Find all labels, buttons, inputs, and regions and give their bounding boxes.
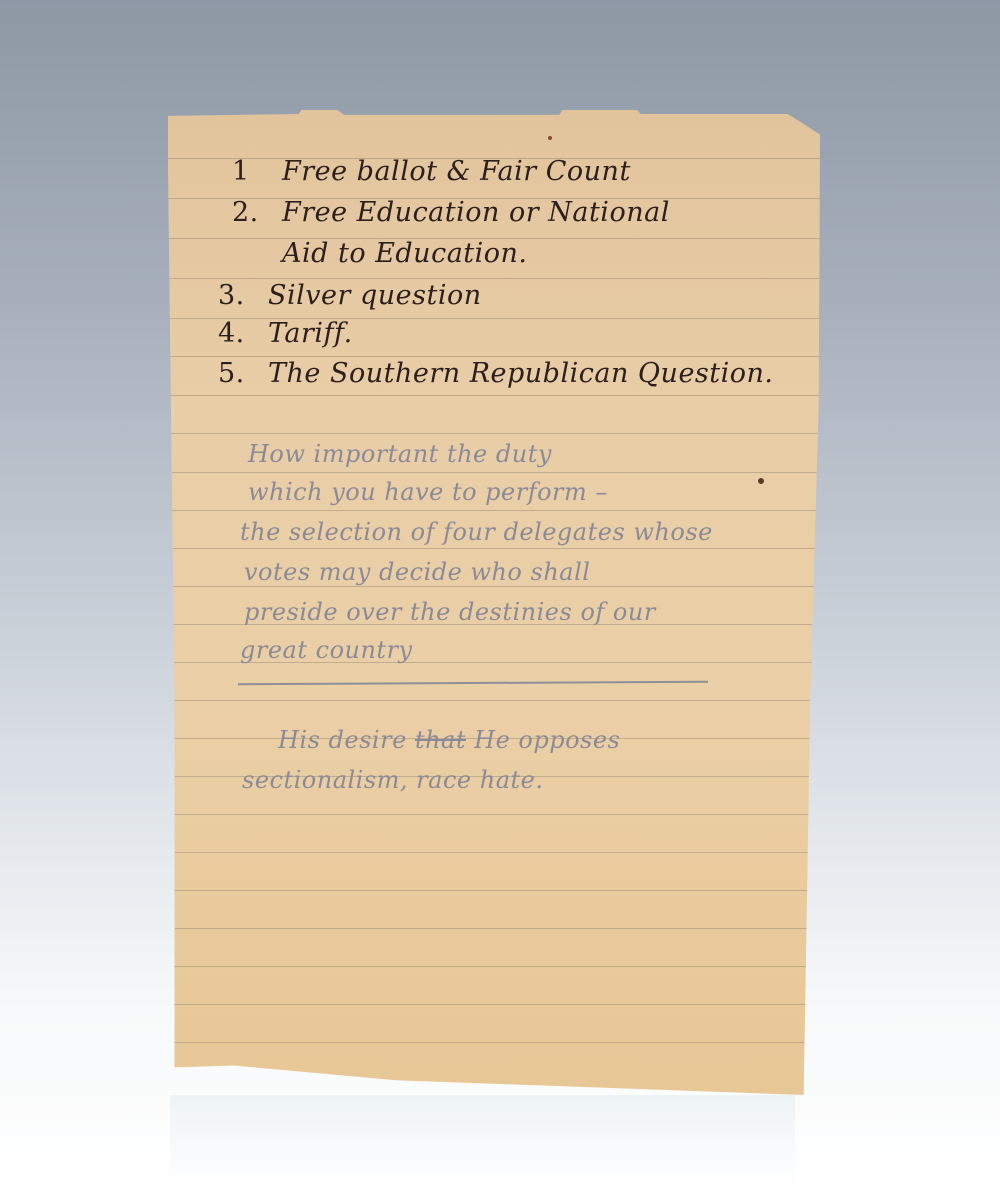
pencil-line: votes may decide who shall [244,558,590,586]
list-number: 5. [218,358,268,389]
list-text: Free Education or National [282,197,670,228]
list-text: The Southern Republican Question. [268,358,774,389]
ruled-line [168,472,820,473]
pencil-line: His desire that He opposes [278,726,620,754]
list-item: 1Free ballot & Fair Count [232,156,631,187]
ruled-line [168,928,820,929]
list-text: Free ballot & Fair Count [282,156,631,187]
pencil-text: His desire [278,726,407,754]
ruled-line [168,278,820,279]
list-number: 4. [218,318,268,349]
struck-word: that [415,726,466,754]
list-number: 1 [232,156,282,187]
ruled-line [168,1042,820,1043]
list-item-continuation: Aid to Education. [232,238,528,269]
list-text: Aid to Education. [282,238,528,269]
pencil-line: great country [240,636,413,664]
paper-hole [758,478,764,484]
ruled-line [168,510,820,511]
pencil-line: preside over the destinies of our [244,598,656,626]
pencil-divider-line [238,681,708,685]
ruled-line [168,814,820,815]
ruled-line [168,1004,820,1005]
list-item: 4.Tariff. [218,318,353,349]
pencil-line: How important the duty [248,440,552,468]
pencil-line: which you have to perform – [248,478,608,506]
pencil-line: the selection of four delegates whose [240,518,713,546]
list-text: Silver question [268,280,482,311]
ruled-line [168,890,820,891]
ruled-line [168,586,820,587]
ruled-line [168,966,820,967]
list-number: 2. [232,197,282,228]
ruled-line [168,433,820,434]
ruled-line [168,548,820,549]
pencil-text: He opposes [474,726,620,754]
pencil-line: sectionalism, race hate. [242,766,543,794]
ruled-line [168,395,820,396]
paper-reflection [170,1095,795,1187]
ruled-line [168,700,820,701]
list-item: 3.Silver question [218,280,482,311]
list-number: 3. [218,280,268,311]
list-text: Tariff. [268,318,353,349]
paper-blemish [548,136,552,140]
ruled-line [168,852,820,853]
list-item: 5.The Southern Republican Question. [218,358,774,389]
ruled-line [168,356,820,357]
manuscript-page: 1Free ballot & Fair Count 2.Free Educati… [168,110,820,1095]
list-item: 2.Free Education or National [232,197,670,228]
